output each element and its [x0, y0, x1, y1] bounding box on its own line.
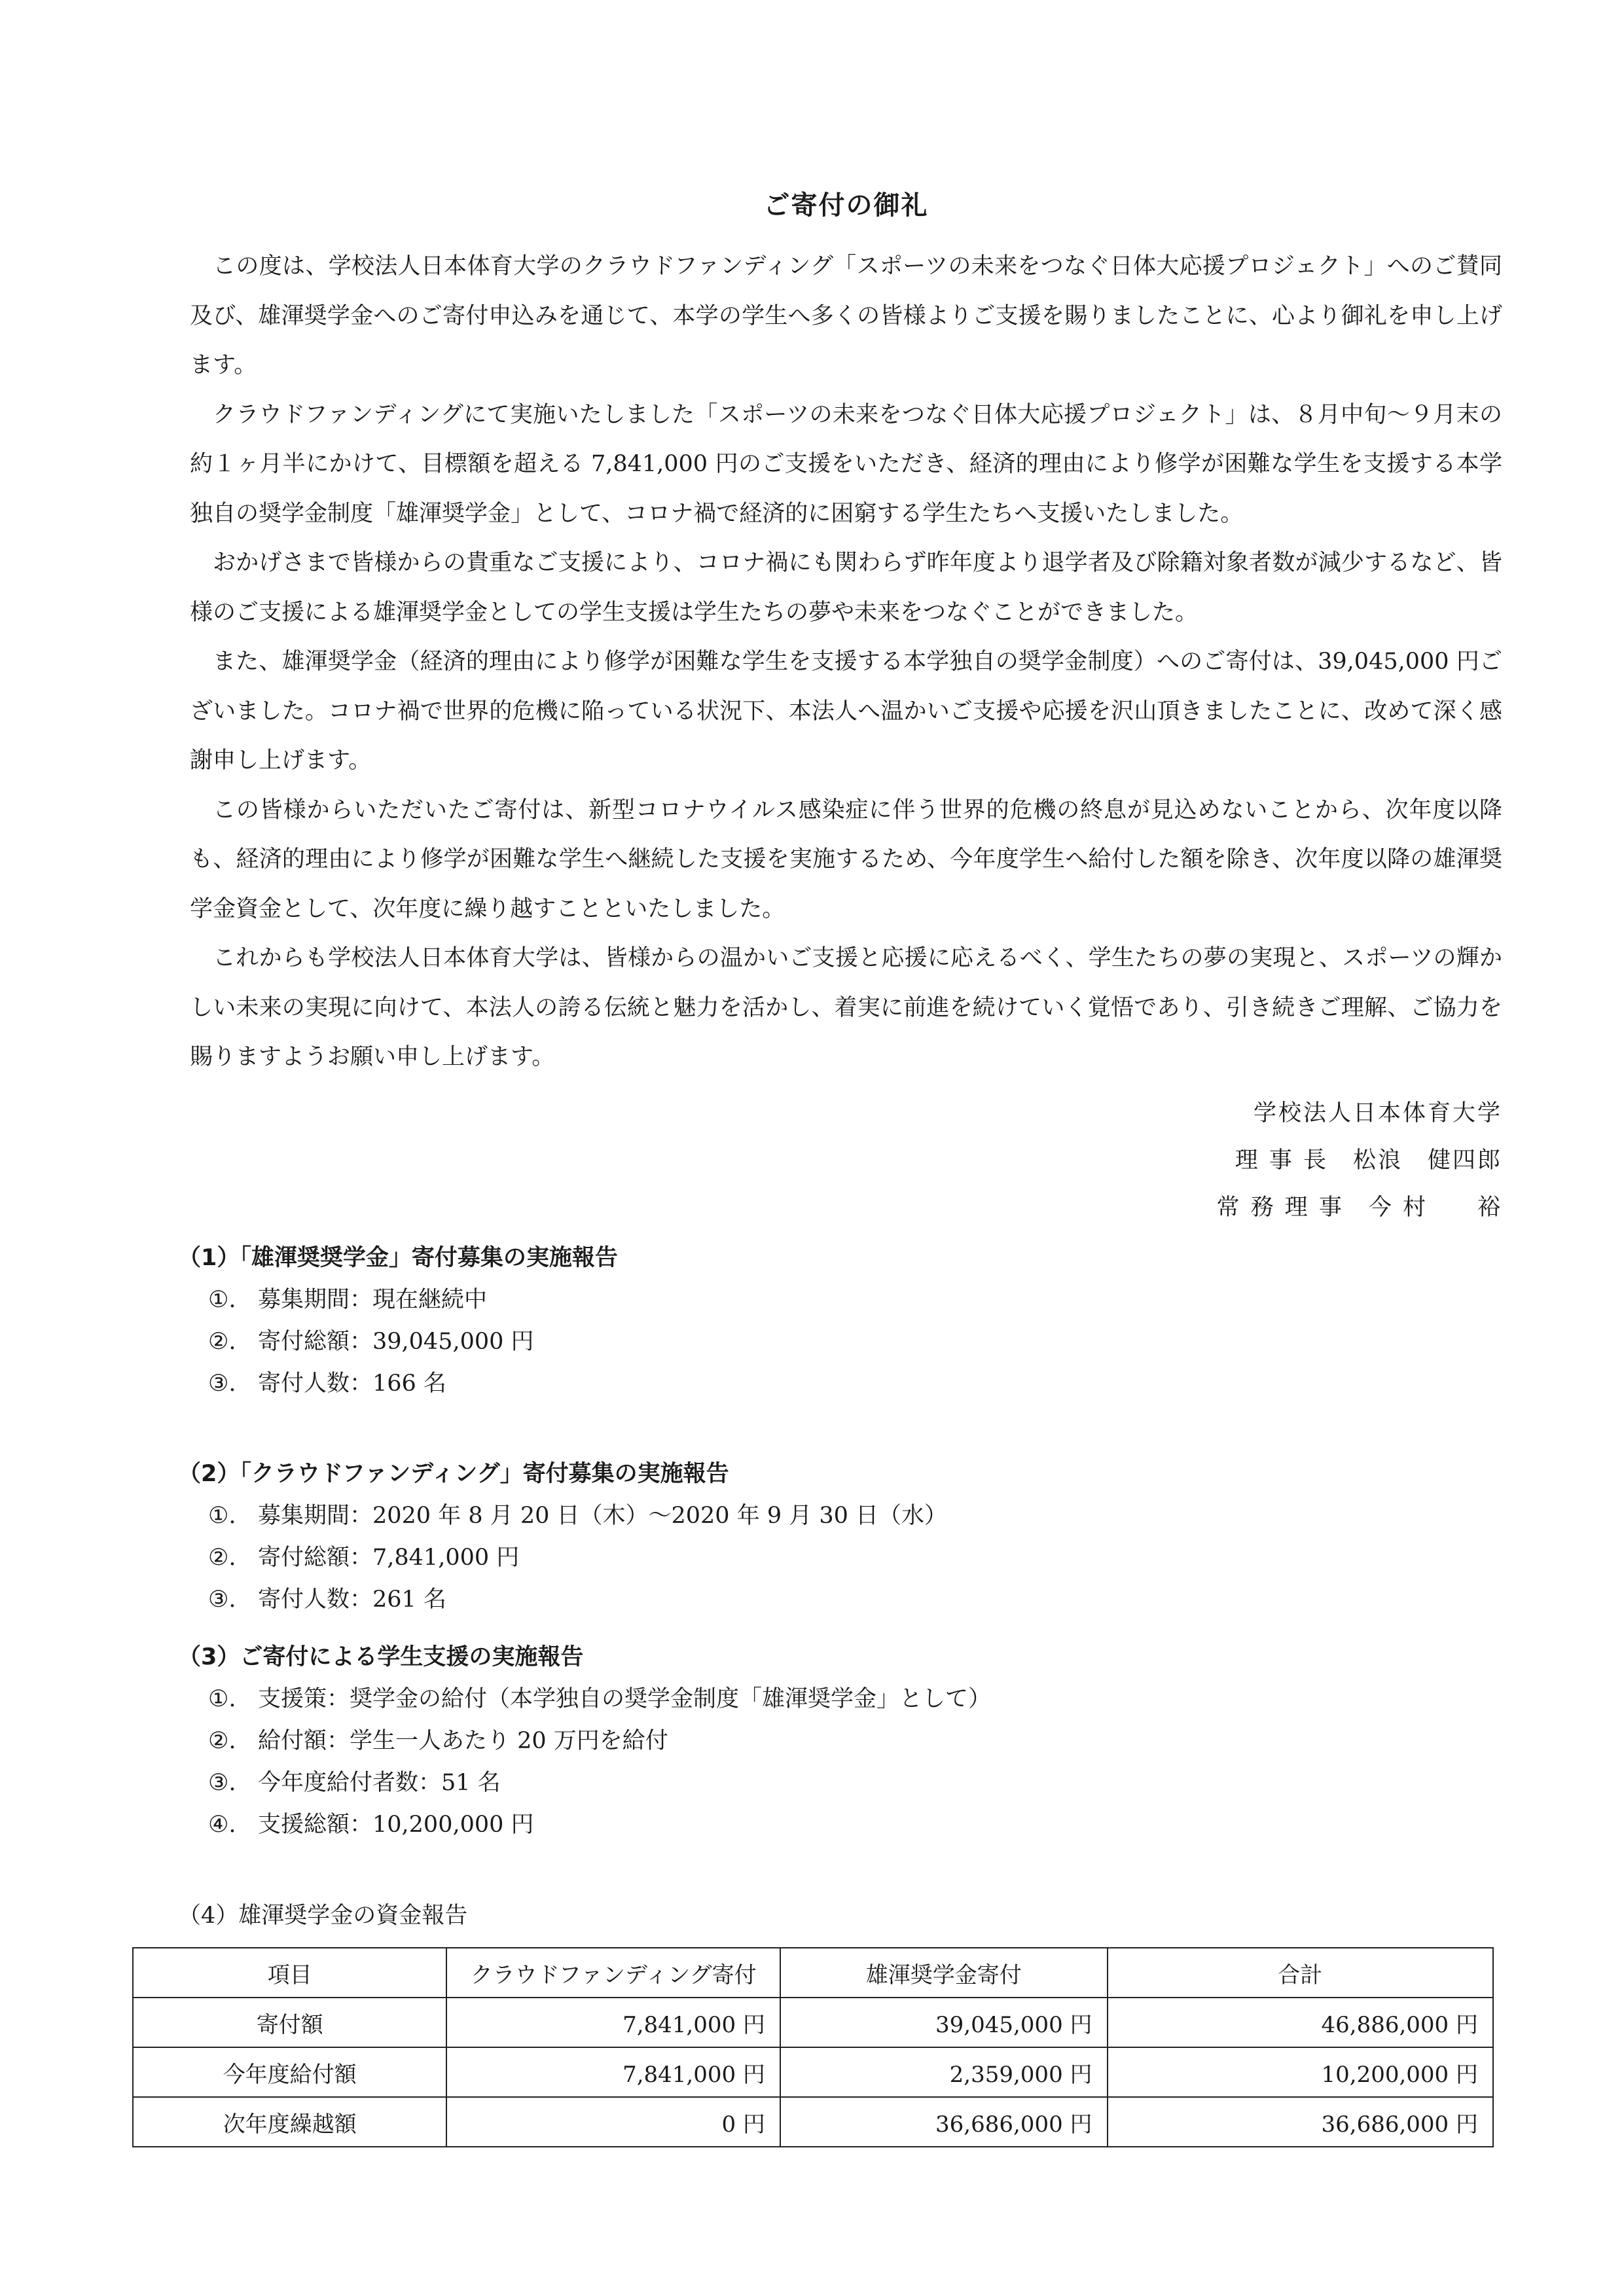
item-number: ③. — [208, 1579, 258, 1621]
fund-report-table: 項目 クラウドファンディング寄付 雄渾奨学金寄付 合計 寄付額 7,841,00… — [132, 1947, 1494, 2147]
item-text: 寄付総額：7,841,000 円 — [258, 1545, 519, 1571]
list-item: ①.募集期間：現在継続中 — [208, 1279, 618, 1321]
item-text: 募集期間：2020 年 8 月 20 日（木）～2020 年 9 月 30 日（… — [258, 1503, 947, 1529]
signature-block: 学校法人日本体育大学 理 事 長 松浪 健四郎 常 務 理 事 今 村 裕 — [1216, 1090, 1502, 1231]
table-row: 次年度繰越額 0 円 36,686,000 円 36,686,000 円 — [133, 2097, 1493, 2147]
section-list: ①.募集期間：現在継続中 ②.寄付総額：39,045,000 円 ③.寄付人数：… — [190, 1279, 618, 1405]
section-student-support-report: （3）ご寄付による学生支援の実施報告 ①.支援策：奨学金の給付（本学独自の奨学金… — [190, 1636, 991, 1846]
cell-total: 46,886,000 円 — [1108, 1998, 1493, 2047]
table-header-row: 項目 クラウドファンディング寄付 雄渾奨学金寄付 合計 — [133, 1948, 1493, 1998]
item-number: ③. — [208, 1762, 258, 1804]
paragraph: また、雄渾奨学金（経済的理由により修学が困難な学生を支援する本学独自の奨学金制度… — [190, 637, 1502, 786]
column-header-total: 合計 — [1108, 1948, 1493, 1998]
list-item: ②.寄付総額：7,841,000 円 — [208, 1537, 947, 1579]
row-label: 次年度繰越額 — [133, 2097, 446, 2147]
section-list: ①.支援策：奨学金の給付（本学独自の奨学金制度「雄渾奨学金」として） ②.給付額… — [190, 1678, 991, 1846]
paragraph: おかげさまで皆様からの貴重なご支援により、コロナ禍にも関わらず昨年度より退学者及… — [190, 539, 1502, 637]
cell-crowdfunding: 7,841,000 円 — [446, 2047, 780, 2097]
item-number: ①. — [208, 1279, 258, 1321]
table-row: 寄付額 7,841,000 円 39,045,000 円 46,886,000 … — [133, 1998, 1493, 2047]
paragraph: この度は、学校法人日本体育大学のクラウドファンディング「スポーツの未来をつなぐ日… — [190, 242, 1502, 391]
section-heading: （2）「クラウドファンディング」寄付募集の実施報告 — [178, 1453, 947, 1495]
list-item: ③.今年度給付者数：51 名 — [208, 1762, 991, 1804]
list-item: ④.支援総額：10,200,000 円 — [208, 1804, 991, 1846]
item-number: ①. — [208, 1678, 258, 1720]
item-text: 今年度給付者数：51 名 — [258, 1770, 501, 1796]
column-header-item: 項目 — [133, 1948, 446, 1998]
paragraph: これからも学校法人日本体育大学は、皆様からの温かいご支援と応援に応えるべく、学生… — [190, 934, 1502, 1083]
item-text: 支援総額：10,200,000 円 — [258, 1812, 534, 1838]
signature-chairman: 理 事 長 松浪 健四郎 — [1216, 1137, 1502, 1184]
table-row: 今年度給付額 7,841,000 円 2,359,000 円 10,200,00… — [133, 2047, 1493, 2097]
cell-crowdfunding: 0 円 — [446, 2097, 780, 2147]
item-text: 給付額：学生一人あたり 20 万円を給付 — [258, 1728, 668, 1754]
cell-scholarship: 36,686,000 円 — [780, 2097, 1108, 2147]
item-text: 寄付人数：261 名 — [258, 1587, 446, 1613]
cell-scholarship: 39,045,000 円 — [780, 1998, 1108, 2047]
item-number: ①. — [208, 1495, 258, 1537]
list-item: ③.寄付人数：261 名 — [208, 1579, 947, 1621]
section-crowdfunding-report: （2）「クラウドファンディング」寄付募集の実施報告 ①.募集期間：2020 年 … — [190, 1453, 947, 1621]
paragraph: この皆様からいただいたご寄付は、新型コロナウイルス感染症に伴う世界的危機の終息が… — [190, 786, 1502, 935]
item-number: ③. — [208, 1363, 258, 1405]
item-text: 支援策：奨学金の給付（本学独自の奨学金制度「雄渾奨学金」として） — [258, 1686, 991, 1712]
list-item: ③.寄付人数：166 名 — [208, 1363, 618, 1405]
section-heading: （3）ご寄付による学生支援の実施報告 — [178, 1636, 991, 1678]
item-number: ②. — [208, 1537, 258, 1579]
signature-executive-director: 常 務 理 事 今 村 裕 — [1216, 1184, 1502, 1231]
paragraph: クラウドファンディングにて実施いたしました「スポーツの未来をつなぐ日体大応援プロ… — [190, 391, 1502, 539]
item-text: 寄付人数：166 名 — [258, 1371, 446, 1397]
item-text: 募集期間：現在継続中 — [258, 1287, 487, 1313]
section-fund-report: （4）雄渾奨学金の資金報告 — [190, 1895, 467, 1937]
cell-total: 36,686,000 円 — [1108, 2097, 1493, 2147]
item-text: 寄付総額：39,045,000 円 — [258, 1329, 534, 1355]
section-scholarship-report: （1）「雄渾奨奨学金」寄付募集の実施報告 ①.募集期間：現在継続中 ②.寄付総額… — [190, 1237, 618, 1405]
cell-total: 10,200,000 円 — [1108, 2047, 1493, 2097]
list-item: ②.寄付総額：39,045,000 円 — [208, 1321, 618, 1363]
cell-crowdfunding: 7,841,000 円 — [446, 1998, 780, 2047]
row-label: 寄付額 — [133, 1998, 446, 2047]
column-header-crowdfunding: クラウドファンディング寄付 — [446, 1948, 780, 1998]
list-item: ②.給付額：学生一人あたり 20 万円を給付 — [208, 1720, 991, 1762]
item-number: ②. — [208, 1321, 258, 1363]
cell-scholarship: 2,359,000 円 — [780, 2047, 1108, 2097]
signature-organization: 学校法人日本体育大学 — [1216, 1090, 1502, 1137]
column-header-scholarship: 雄渾奨学金寄付 — [780, 1948, 1108, 1998]
letter-body: この度は、学校法人日本体育大学のクラウドファンディング「スポーツの未来をつなぐ日… — [190, 242, 1502, 1083]
list-item: ①.支援策：奨学金の給付（本学独自の奨学金制度「雄渾奨学金」として） — [208, 1678, 991, 1720]
section-heading: （1）「雄渾奨奨学金」寄付募集の実施報告 — [178, 1237, 618, 1279]
item-number: ②. — [208, 1720, 258, 1762]
row-label: 今年度給付額 — [133, 2047, 446, 2097]
list-item: ①.募集期間：2020 年 8 月 20 日（木）～2020 年 9 月 30 … — [208, 1495, 947, 1537]
section-heading: （4）雄渾奨学金の資金報告 — [178, 1895, 467, 1937]
page-title: ご寄付の御礼 — [190, 185, 1502, 222]
section-list: ①.募集期間：2020 年 8 月 20 日（木）～2020 年 9 月 30 … — [190, 1495, 947, 1621]
item-number: ④. — [208, 1804, 258, 1846]
